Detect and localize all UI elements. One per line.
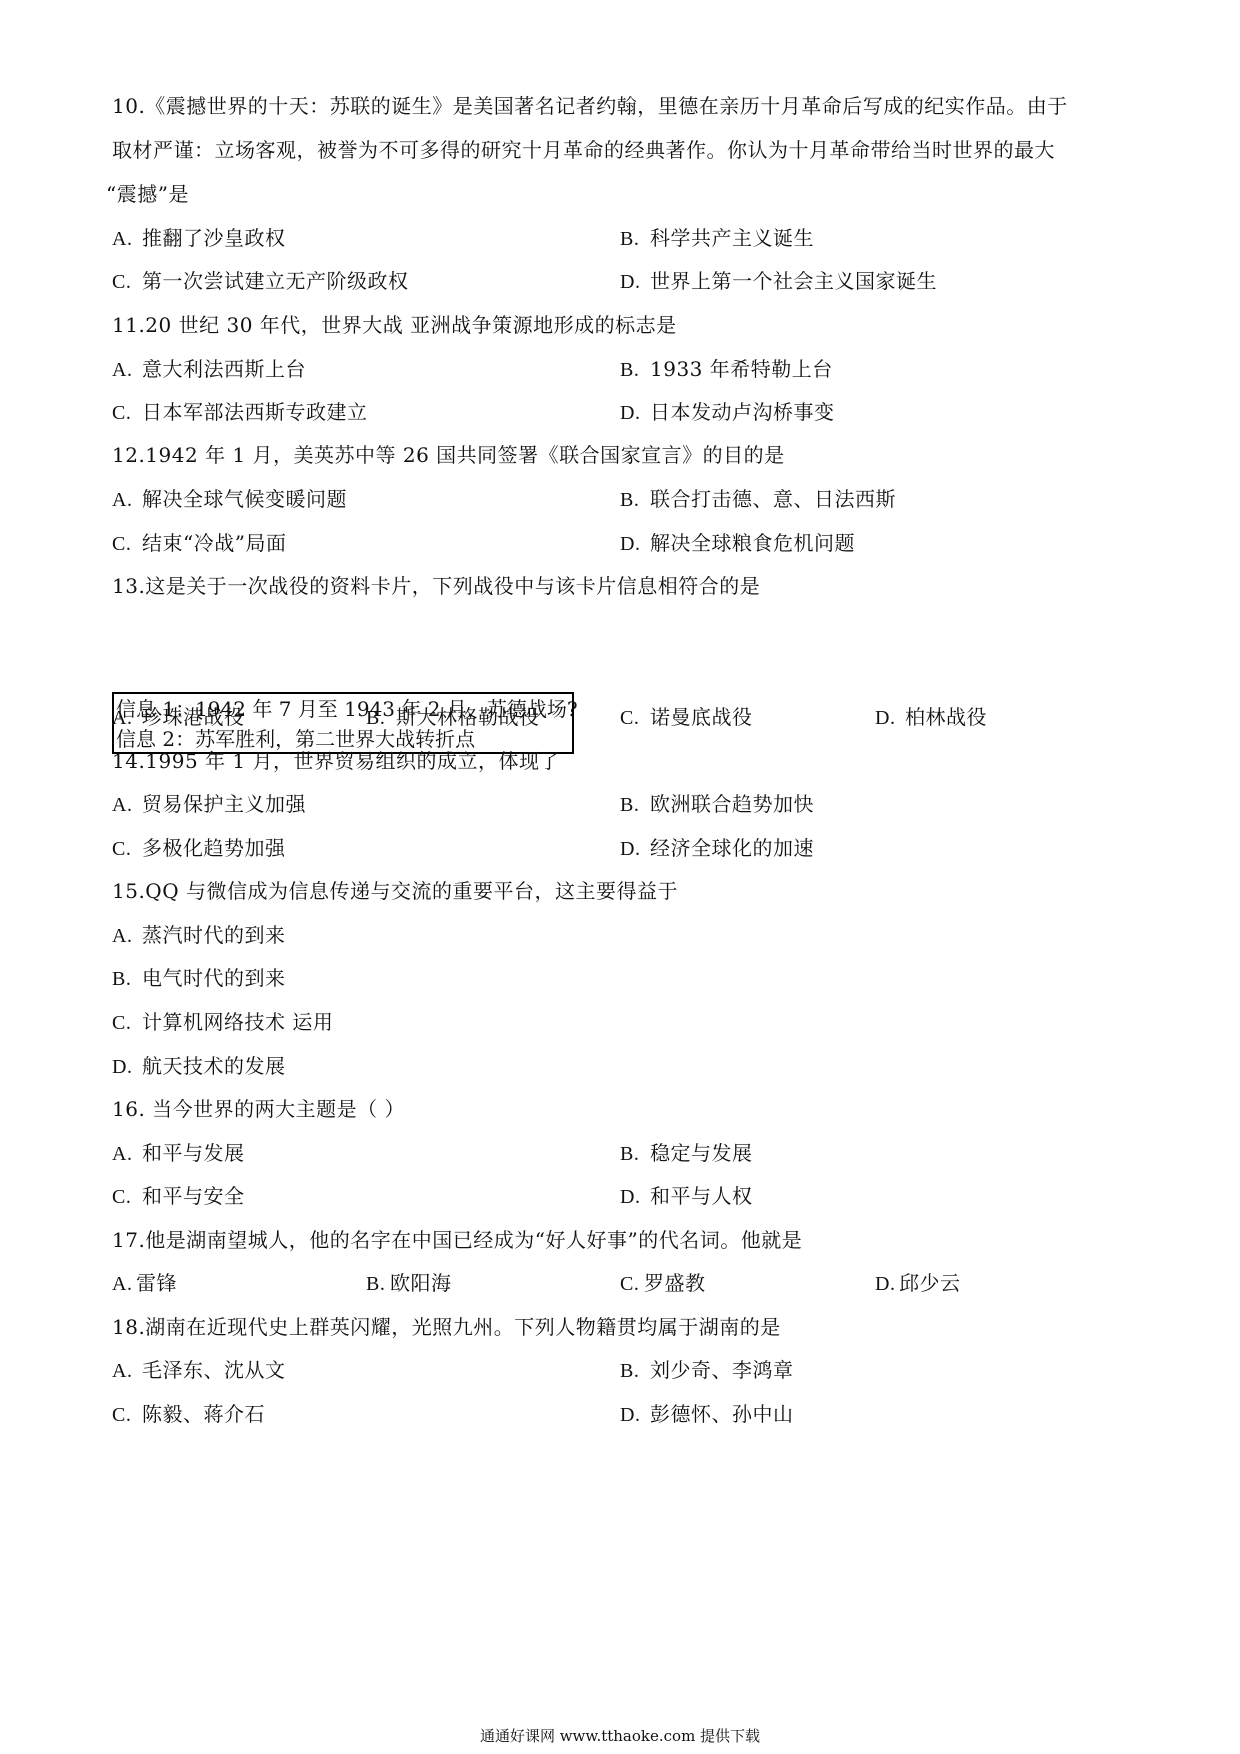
option-label: C. — [112, 531, 142, 557]
question-15-option-b: B.电气时代的到来 — [112, 965, 286, 992]
option-label: B. — [366, 1271, 390, 1297]
option-text: 电气时代的到来 — [142, 966, 286, 990]
option-label: A. — [112, 923, 142, 949]
question-15-option-d: D.航天技术的发展 — [112, 1053, 286, 1080]
option-text: 欧洲联合趋势加快 — [650, 792, 814, 816]
question-16-option-a: A.和平与发展 — [112, 1140, 245, 1167]
option-label: D. — [112, 1054, 142, 1080]
question-15-option-c: C.计算机网络技术 运用 — [112, 1009, 333, 1036]
option-label: C. — [112, 1184, 142, 1210]
question-17-stem: 17.他是湖南望城人，他的名字在中国已经成为“好人好事”的代名词。他就是 — [112, 1227, 802, 1253]
option-text: 解决全球气候变暖问题 — [142, 487, 347, 511]
question-16-stem: 16. 当今世界的两大主题是（ ） — [112, 1096, 405, 1122]
question-17-option-a: A.雷锋 — [112, 1270, 177, 1297]
question-14-option-d: D.经济全球化的加速 — [620, 835, 814, 862]
option-label: A. — [112, 792, 142, 818]
option-text: 蒸汽时代的到来 — [142, 923, 286, 947]
option-text: 意大利法西斯上台 — [142, 357, 306, 381]
question-10-option-b: B.科学共产主义诞生 — [620, 225, 814, 252]
option-label: B. — [620, 357, 650, 383]
question-14-option-a: A.贸易保护主义加强 — [112, 791, 306, 818]
option-label: B. — [620, 792, 650, 818]
exam-page: 10.《震撼世界的十天：苏联的诞生》是美国著名记者约翰，里德在亲历十月革命后写成… — [0, 0, 1240, 1754]
option-text: 和平与安全 — [142, 1184, 245, 1208]
option-label: A. — [112, 1141, 142, 1167]
option-text: 推翻了沙皇政权 — [142, 226, 286, 250]
option-text: 第一次尝试建立无产阶级政权 — [142, 269, 409, 293]
option-label: B. — [620, 226, 650, 252]
question-13-option-d: D.柏林战役 — [875, 704, 987, 731]
question-17-option-b: B.欧阳海 — [366, 1270, 452, 1297]
option-text: 刘少奇、李鸿章 — [650, 1358, 794, 1382]
option-label: B. — [620, 1141, 650, 1167]
option-label: C. — [620, 705, 650, 731]
question-16-option-c: C.和平与安全 — [112, 1183, 245, 1210]
option-label: D. — [620, 531, 650, 557]
question-12-option-c: C.结束“冷战”局面 — [112, 530, 286, 557]
option-text: 和平与发展 — [142, 1141, 245, 1165]
option-text: 科学共产主义诞生 — [650, 226, 814, 250]
option-label: B. — [366, 705, 396, 731]
option-label: D. — [620, 836, 650, 862]
question-11-option-a: A.意大利法西斯上台 — [112, 356, 306, 383]
question-12-option-d: D.解决全球粮食危机问题 — [620, 530, 855, 557]
question-16-option-d: D.和平与人权 — [620, 1183, 753, 1210]
option-text: 雷锋 — [136, 1271, 177, 1295]
option-label: C. — [112, 836, 142, 862]
question-13-option-a-row: A.珍珠港战役 — [112, 704, 245, 731]
question-12-option-b: B.联合打击德、意、日法西斯 — [620, 486, 896, 513]
option-text: 欧阳海 — [390, 1271, 452, 1295]
question-18-option-d: D.彭德怀、孙中山 — [620, 1401, 794, 1428]
option-text: 日本军部法西斯专政建立 — [142, 400, 368, 424]
question-18-option-b: B.刘少奇、李鸿章 — [620, 1357, 794, 1384]
question-18-option-a: A.毛泽东、沈从文 — [112, 1357, 286, 1384]
option-label: C. — [620, 1271, 644, 1297]
question-10-option-c: C.第一次尝试建立无产阶级政权 — [112, 268, 409, 295]
option-text: 多极化趋势加强 — [142, 836, 286, 860]
option-label: C. — [112, 269, 142, 295]
option-text: 斯大林格勒战役 — [396, 705, 540, 729]
question-15-option-a: A.蒸汽时代的到来 — [112, 922, 286, 949]
option-label: B. — [112, 966, 142, 992]
option-label: C. — [112, 400, 142, 426]
option-label: D. — [620, 1184, 650, 1210]
option-text: 稳定与发展 — [650, 1141, 753, 1165]
option-label: D. — [620, 400, 650, 426]
option-label: B. — [620, 487, 650, 513]
option-label: D. — [620, 269, 650, 295]
option-label: A. — [112, 1271, 136, 1297]
question-10-option-a: A.推翻了沙皇政权 — [112, 225, 286, 252]
question-16-option-b: B.稳定与发展 — [620, 1140, 753, 1167]
question-13-option-b: B.斯大林格勒战役 — [366, 704, 540, 731]
question-18-stem: 18.湖南在近现代史上群英闪耀，光照九州。下列人物籍贯均属于湖南的是 — [112, 1314, 781, 1340]
question-17-option-c: C.罗盛教 — [620, 1270, 706, 1297]
option-text: 贸易保护主义加强 — [142, 792, 306, 816]
option-text: 联合打击德、意、日法西斯 — [650, 487, 896, 511]
option-label: C. — [112, 1402, 142, 1428]
option-text: 解决全球粮食危机问题 — [650, 531, 855, 555]
option-label: A. — [112, 226, 142, 252]
question-17-option-d: D.邱少云 — [875, 1270, 961, 1297]
option-text: 世界上第一个社会主义国家诞生 — [650, 269, 937, 293]
question-14-option-b: B.欧洲联合趋势加快 — [620, 791, 814, 818]
question-10-stem-line-3: “震撼”是 — [106, 181, 189, 207]
question-11-option-b: B.1933 年希特勒上台 — [620, 356, 833, 383]
question-11-option-c: C.日本军部法西斯专政建立 — [112, 399, 368, 426]
option-text: 日本发动卢沟桥事变 — [650, 400, 835, 424]
question-10-option-d: D.世界上第一个社会主义国家诞生 — [620, 268, 937, 295]
question-12-option-a: A.解决全球气候变暖问题 — [112, 486, 347, 513]
option-label: A. — [112, 487, 142, 513]
option-label: B. — [620, 1358, 650, 1384]
question-11-stem: 11.20 世纪 30 年代，世界大战 亚洲战争策源地形成的标志是 — [112, 312, 677, 338]
question-13-option-c: C.诺曼底战役 — [620, 704, 753, 731]
option-text: 柏林战役 — [905, 705, 987, 729]
option-text: 邱少云 — [899, 1271, 961, 1295]
option-text: 航天技术的发展 — [142, 1054, 286, 1078]
option-text: 1933 年希特勒上台 — [650, 357, 833, 381]
option-label: A. — [112, 357, 142, 383]
question-10-stem-line-2: 取材严谨：立场客观，被誉为不可多得的研究十月革命的经典著作。你认为十月革命带给当… — [112, 137, 1055, 163]
option-text: 彭德怀、孙中山 — [650, 1402, 794, 1426]
question-11-option-d: D.日本发动卢沟桥事变 — [620, 399, 835, 426]
option-text: 罗盛教 — [644, 1271, 706, 1295]
option-label: C. — [112, 1010, 142, 1036]
page-footer-watermark: 通通好课网 www.tthaoke.com 提供下载 — [0, 1726, 1240, 1746]
option-label: A. — [112, 705, 142, 731]
option-label: D. — [620, 1402, 650, 1428]
question-15-stem: 15.QQ 与微信成为信息传递与交流的重要平台，这主要得益于 — [112, 878, 678, 904]
option-text: 陈毅、蒋介石 — [142, 1402, 265, 1426]
question-12-stem: 12.1942 年 1 月，美英苏中等 26 国共同签署《联合国家宣言》的目的是 — [112, 442, 785, 468]
question-10-stem-line-1: 10.《震撼世界的十天：苏联的诞生》是美国著名记者约翰，里德在亲历十月革命后写成… — [112, 93, 1068, 119]
question-14-stem: 14.1995 年 1 月，世界贸易组织的成立，体现了 — [112, 748, 560, 774]
option-text: 经济全球化的加速 — [650, 836, 814, 860]
option-label: D. — [875, 1271, 899, 1297]
option-text: 诺曼底战役 — [650, 705, 753, 729]
option-text: 和平与人权 — [650, 1184, 753, 1208]
option-text: 计算机网络技术 运用 — [142, 1010, 333, 1034]
question-14-option-c: C.多极化趋势加强 — [112, 835, 286, 862]
question-18-option-c: C.陈毅、蒋介石 — [112, 1401, 265, 1428]
option-label: D. — [875, 705, 905, 731]
question-13-stem: 13.这是关于一次战役的资料卡片，下列战役中与该卡片信息相符合的是 — [112, 573, 760, 599]
option-text: 珍珠港战役 — [142, 705, 245, 729]
option-text: 结束“冷战”局面 — [142, 531, 286, 555]
option-label: A. — [112, 1358, 142, 1384]
option-text: 毛泽东、沈从文 — [142, 1358, 286, 1382]
